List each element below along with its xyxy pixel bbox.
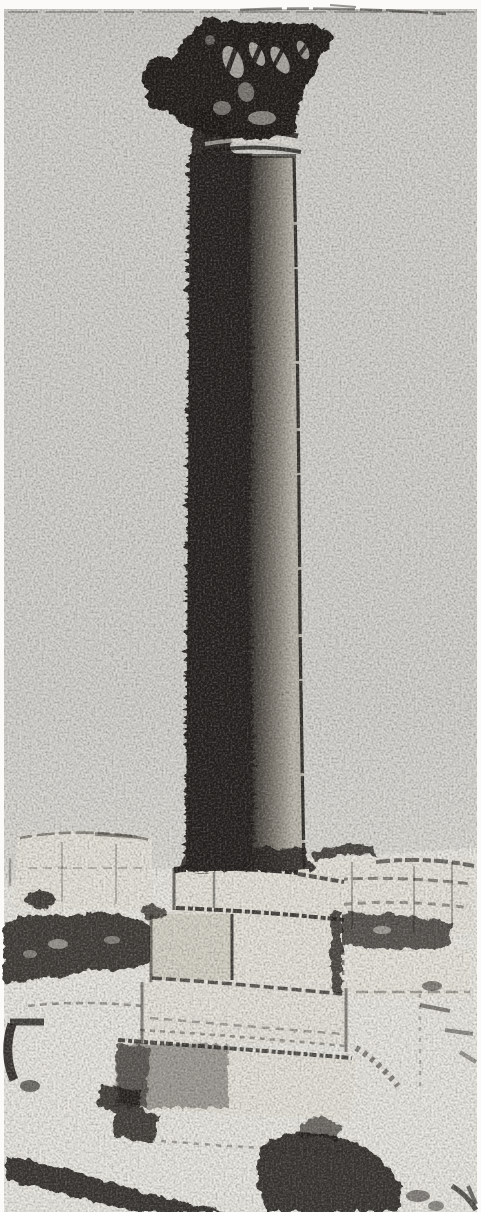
halftone-photo-figure xyxy=(0,0,481,1212)
grain-overlay-light xyxy=(4,9,477,1212)
pillar-photo xyxy=(0,0,481,1212)
